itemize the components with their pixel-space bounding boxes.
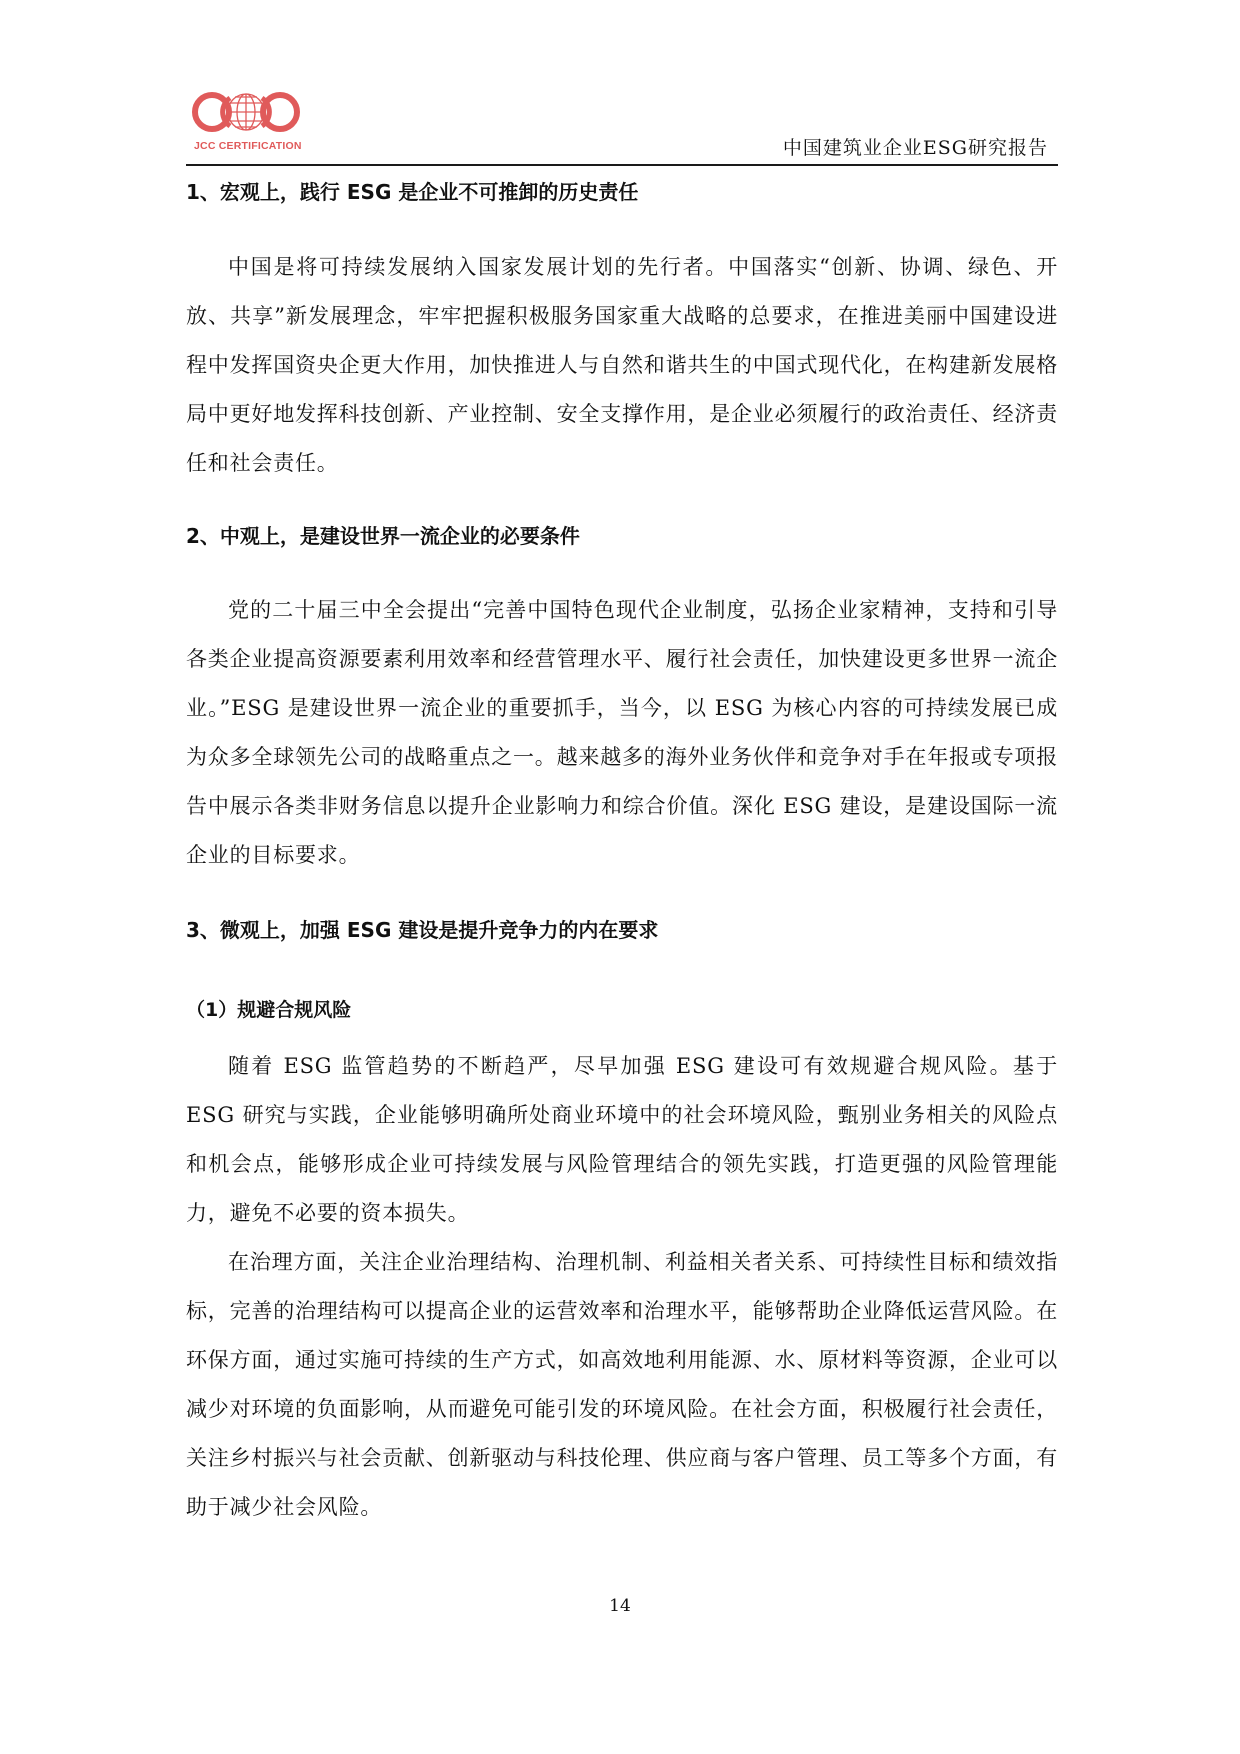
jcc-logo: JCC CERTIFICATION (190, 88, 302, 152)
section-1: 1、宏观上，践行 ESG 是企业不可推卸的历史责任 中国是将可持续发展纳入国家发… (186, 178, 1058, 488)
page-number: 14 (0, 1596, 1240, 1616)
page-content: 1、宏观上，践行 ESG 是企业不可推卸的历史责任 中国是将可持续发展纳入国家发… (186, 178, 1058, 1532)
logo-text: JCC CERTIFICATION (194, 140, 302, 152)
paragraph: 党的二十届三中全会提出“完善中国特色现代企业制度，弘扬企业家精神，支持和引导各类… (186, 586, 1058, 880)
section-2: 2、中观上，是建设世界一流企业的必要条件 党的二十届三中全会提出“完善中国特色现… (186, 522, 1058, 880)
page-header: JCC CERTIFICATION 中国建筑业企业ESG研究报告 (186, 88, 1058, 166)
section-3: 3、微观上，加强 ESG 建设是提升竞争力的内在要求 （1）规避合规风险 随着 … (186, 916, 1058, 1532)
subsection-1: （1）规避合规风险 随着 ESG 监管趋势的不断趋严，尽早加强 ESG 建设可有… (186, 996, 1058, 1532)
section-heading: 3、微观上，加强 ESG 建设是提升竞争力的内在要求 (186, 916, 1058, 944)
section-heading: 2、中观上，是建设世界一流企业的必要条件 (186, 522, 1058, 550)
section-heading: 1、宏观上，践行 ESG 是企业不可推卸的历史责任 (186, 178, 1058, 206)
report-title: 中国建筑业企业ESG研究报告 (783, 133, 1048, 160)
paragraph: 中国是将可持续发展纳入国家发展计划的先行者。中国落实“创新、协调、绿色、开放、共… (186, 243, 1058, 488)
paragraph: 在治理方面，关注企业治理结构、治理机制、利益相关者关系、可持续性目标和绩效指标，… (186, 1238, 1058, 1532)
paragraph: 随着 ESG 监管趋势的不断趋严，尽早加强 ESG 建设可有效规避合规风险。基于… (186, 1042, 1058, 1238)
subsection-heading: （1）规避合规风险 (186, 996, 1058, 1024)
jcc-rings-globe-icon (190, 88, 302, 140)
